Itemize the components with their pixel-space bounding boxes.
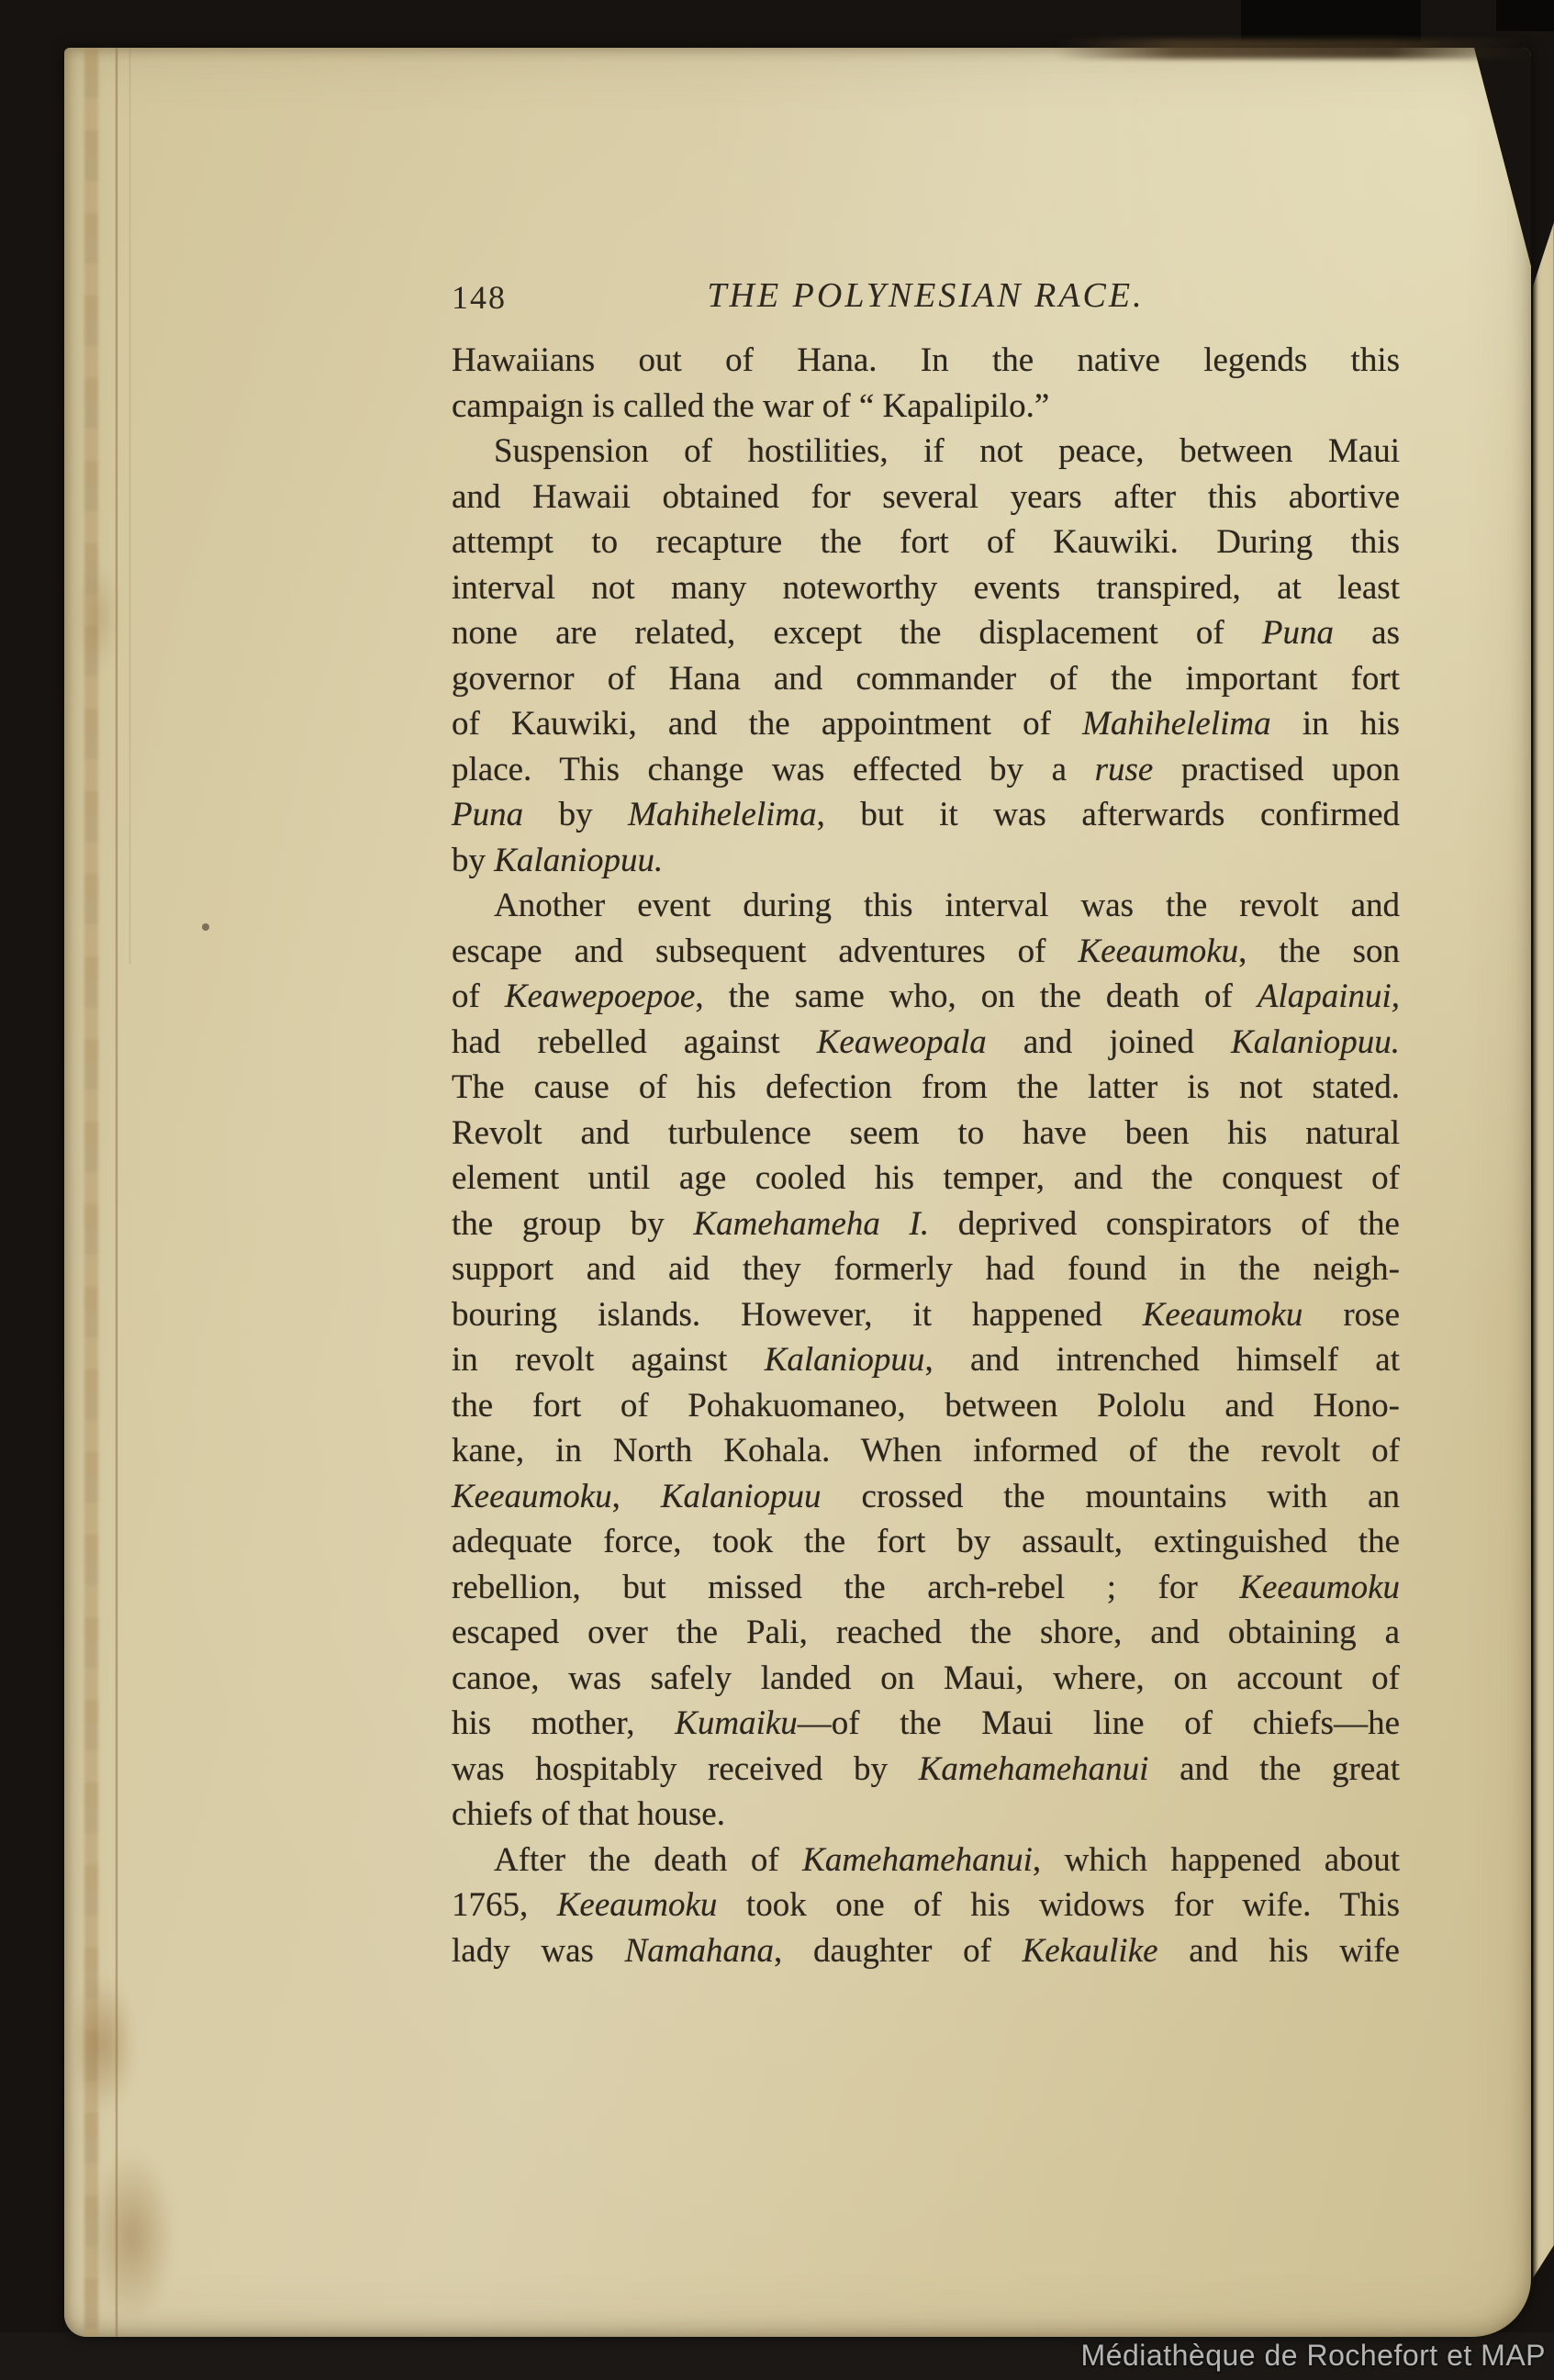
page-header: 148 THE POLYNESIAN RACE. xyxy=(452,275,1400,316)
text-line: rebellion, but missed the arch-rebel ; f… xyxy=(452,1565,1400,1611)
book-page: 148 THE POLYNESIAN RACE. Hawaiians out o… xyxy=(64,48,1531,2337)
text-line: in revolt against Kalaniopuu, and intren… xyxy=(452,1337,1400,1383)
text-line: After the death of Kamehamehanui, which … xyxy=(452,1838,1400,1883)
text-line: escaped over the Pali, reached the shore… xyxy=(452,1610,1400,1656)
text-line: the fort of Pohakuomaneo, between Pololu… xyxy=(452,1383,1400,1429)
text-line: Puna by Mahihelelima, but it was afterwa… xyxy=(452,792,1400,838)
binding-stain xyxy=(88,2150,175,2324)
text-line: chiefs of that house. xyxy=(452,1792,1400,1838)
text-line: escape and subsequent adventures of Keea… xyxy=(452,929,1400,975)
text-line: governor of Hana and commander of the im… xyxy=(452,656,1400,702)
binding-stain xyxy=(72,1975,136,2113)
text-line: by Kalaniopuu. xyxy=(452,838,1400,884)
text-line: lady was Namahana, daughter of Kekaulike… xyxy=(452,1928,1400,1974)
library-watermark: Médiathèque de Rochefort et MAP xyxy=(1081,2339,1546,2373)
text-line: bouring islands. However, it happened Ke… xyxy=(452,1292,1400,1338)
page-edge-line-faint xyxy=(129,48,130,964)
text-line: and Hawaii obtained for several years af… xyxy=(452,475,1400,520)
text-line: The cause of his defection from the latt… xyxy=(452,1065,1400,1111)
text-line: element until age cooled his temper, and… xyxy=(452,1156,1400,1201)
text-line: Keeaumoku, Kalaniopuu crossed the mounta… xyxy=(452,1474,1400,1520)
text-line: had rebelled against Keaweopala and join… xyxy=(452,1020,1400,1066)
text-line: interval not many noteworthy events tran… xyxy=(452,565,1400,611)
binding-stain xyxy=(77,562,119,672)
text-line: his mother, Kumaiku—of the Maui line of … xyxy=(452,1701,1400,1747)
text-line: of Keawepoepoe, the same who, on the dea… xyxy=(452,974,1400,1020)
ink-speck xyxy=(202,923,209,931)
text-line: Hawaiians out of Hana. In the native leg… xyxy=(452,338,1400,384)
text-line: Suspension of hostilities, if not peace,… xyxy=(452,429,1400,475)
text-line: was hospitably received by Kamehamehanui… xyxy=(452,1747,1400,1793)
running-title: THE POLYNESIAN RACE. xyxy=(452,275,1400,316)
text-line: attempt to recapture the fort of Kauwiki… xyxy=(452,520,1400,565)
text-line: adequate force, took the fort by assault… xyxy=(452,1519,1400,1565)
text-line: of Kauwiki, and the appointment of Mahih… xyxy=(452,701,1400,747)
book-edge-smudge xyxy=(1056,39,1533,59)
book-press-clamp-corner xyxy=(1496,0,1554,31)
text-line: none are related, except the displacemen… xyxy=(452,610,1400,656)
text-line: the group by Kamehameha I. deprived cons… xyxy=(452,1201,1400,1247)
text-line: Revolt and turbulence seem to have been … xyxy=(452,1111,1400,1156)
page-number: 148 xyxy=(452,278,507,317)
book-scan-scene: 148 THE POLYNESIAN RACE. Hawaiians out o… xyxy=(0,0,1554,2380)
body-text: Hawaiians out of Hana. In the native leg… xyxy=(452,338,1400,1973)
book-press-clamp xyxy=(1241,0,1421,42)
text-line: support and aid they formerly had found … xyxy=(452,1246,1400,1292)
text-line: place. This change was effected by a rus… xyxy=(452,747,1400,793)
text-line: campaign is called the war of “ Kapalipi… xyxy=(452,384,1400,430)
page-corner-cut xyxy=(1474,48,1531,266)
text-line: canoe, was safely landed on Maui, where,… xyxy=(452,1656,1400,1702)
text-line: kane, in North Kohala. When informed of … xyxy=(452,1428,1400,1474)
next-page-edge xyxy=(1533,222,1554,2307)
text-line: Another event during this interval was t… xyxy=(452,883,1400,929)
text-line: 1765, Keeaumoku took one of his widows f… xyxy=(452,1883,1400,1928)
